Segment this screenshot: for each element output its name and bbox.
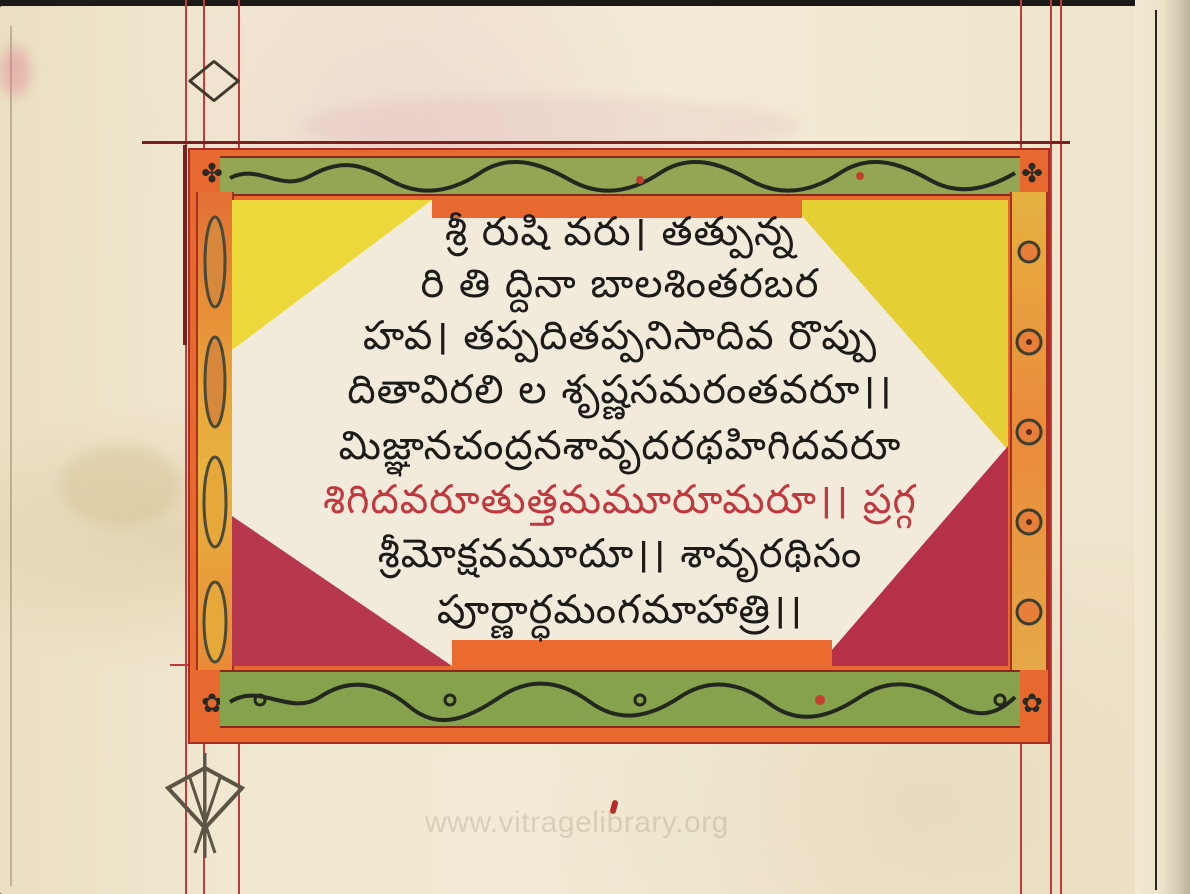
pink-stain [0, 46, 30, 96]
corner-flower-icon: ✿ [1018, 690, 1046, 718]
illuminated-frame: ✤ ✤ ✿ ✿ శ్రీ రుషి వరు। తత్పున్న [188, 148, 1050, 744]
left-dark-rule [183, 145, 187, 345]
corner-knot-icon: ✤ [198, 160, 226, 188]
text-line-2: రి తి ద్దినా బాలశింతరబర [232, 258, 1008, 310]
bottom-vine-border [220, 670, 1020, 728]
text-line-4: దితావిరలి ల శృష్ణసమరంతవరూ।। [232, 364, 1008, 416]
text-line-8: పూర్ణార్ధమంగమాహాత్రి।। [232, 584, 1008, 636]
margin-rule-right-2 [1050, 0, 1052, 894]
text-line-1: శ్రీ రుషి వరు। తత్పున్న [232, 206, 1008, 258]
watermark: www.vitragelibrary.org [425, 806, 825, 840]
star-ornament-icon [160, 748, 250, 868]
corner-knot-icon: ✤ [1018, 160, 1046, 188]
text-line-5: మిజ్ఞానచంద్రనశావృదరథహిగిదవరూ [232, 420, 1008, 472]
right-vine-border [1010, 192, 1048, 670]
text-line-6-red: శిగిదవరూతుత్తమమూరూమరూ।। ప్రగ్గ [232, 474, 1008, 526]
top-vine-border [220, 156, 1020, 196]
margin-rule-right-3 [1060, 0, 1062, 894]
page-edge-right [1135, 0, 1190, 894]
manuscript-text: శ్రీ రుషి వరు। తత్పున్న రి తి ద్దినా బాల… [232, 200, 1008, 666]
text-line-3: హవ। తప్పదితప్పనిసాదివ రొప్పు [232, 310, 1008, 362]
text-panel: శ్రీ రుషి వరు। తత్పున్న రి తి ద్దినా బాల… [232, 200, 1008, 666]
top-rule [142, 141, 1070, 144]
left-vine-border [196, 192, 234, 670]
show-through-stain [300, 96, 800, 156]
water-stain [60, 446, 180, 526]
text-line-7: శ్రీమోక్షవమూదూ।। శావృరథిసం [232, 528, 1008, 580]
page-fold-line [10, 26, 12, 886]
